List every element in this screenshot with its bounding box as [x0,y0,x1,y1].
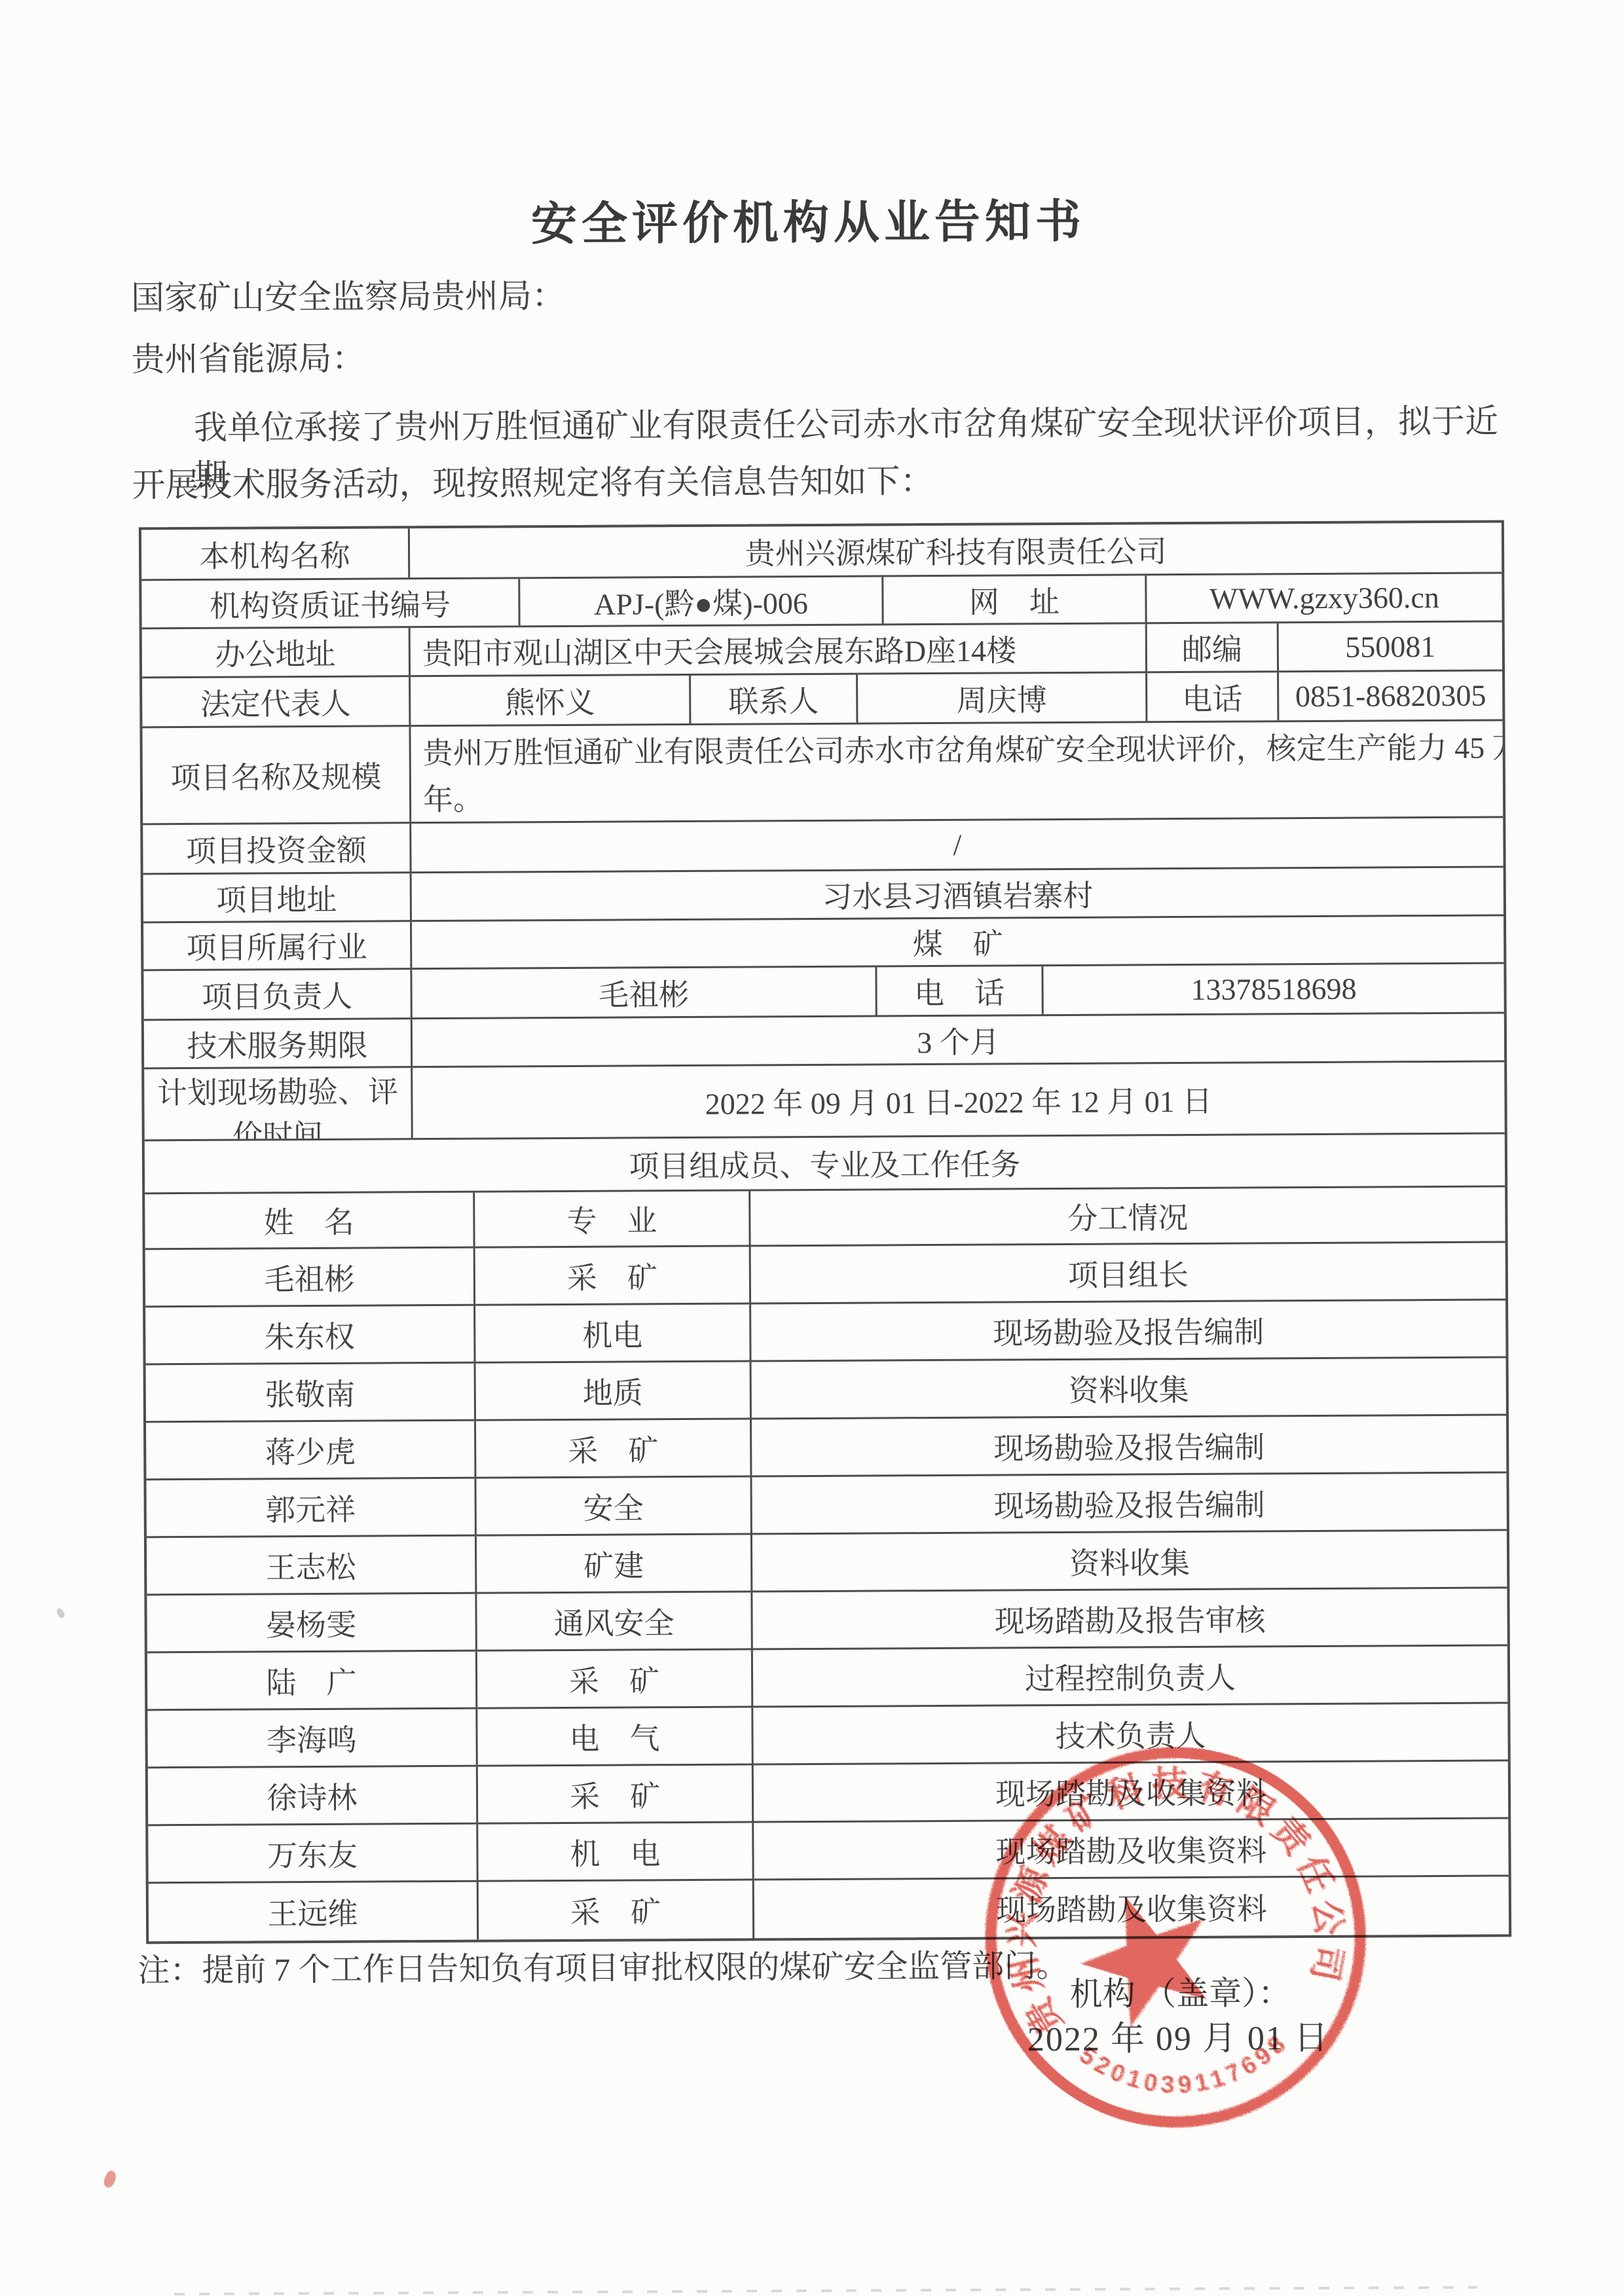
member-major: 机 电 [476,1823,752,1880]
phone-value: 0851-86820305 [1277,671,1502,720]
member-major: 采 矿 [476,1766,752,1823]
row-duration: 技术服务期限 3 个月 [144,1013,1504,1069]
member-name: 徐诗林 [148,1767,476,1825]
member-name: 晏杨雯 [147,1594,475,1652]
member-row: 毛祖彬 采 矿 项目组长 [145,1243,1505,1307]
member-duty: 资料收集 [750,1531,1507,1590]
row-members-banner: 项目组成员、专业及工作任务 [145,1134,1505,1194]
legal-rep-value: 熊怀义 [409,676,689,725]
row-industry: 项目所属行业 煤 矿 [143,916,1504,971]
address-label: 项目地址 [143,873,410,921]
company-seal: 贵州兴源煤矿科技有限责任公司 5201039117698 [938,1700,1412,2174]
schedule-label-line-2: 价时间 [232,1112,323,1139]
schedule-label: 计划现场勘验、评 价时间 [144,1068,411,1139]
schedule-value: 2022 年 09 月 01 日-2022 年 12 月 01 日 [411,1062,1505,1138]
member-major: 采 矿 [475,1650,751,1707]
postcode-value: 550081 [1277,622,1502,670]
cert-label: 机构资质证书编号 [141,579,518,627]
website-value: WWW.gzxy360.cn [1145,574,1502,622]
project-desc-line-2: 年。 [423,775,483,818]
member-major: 安全 [474,1478,750,1535]
row-org-name: 本机构名称 贵州兴源煤矿科技有限责任公司 [141,522,1502,581]
member-major: 采 矿 [473,1247,749,1304]
industry-label: 项目所属行业 [143,922,410,969]
postcode-label: 邮编 [1145,623,1277,671]
member-row: 郭元祥 安全 现场勘验及报告编制 [146,1473,1506,1538]
members-banner: 项目组成员、专业及工作任务 [145,1134,1505,1192]
member-major: 采 矿 [477,1880,752,1939]
org-name-label: 本机构名称 [141,528,408,579]
website-label: 网 址 [881,575,1145,623]
document-title: 安全评价机构从业告知书 [0,182,1621,257]
member-major: 通风安全 [475,1593,750,1650]
row-office: 办公地址 贵阳市观山湖区中天会展城会展东路D座14楼 邮编 550081 [142,622,1502,678]
member-name: 王志松 [147,1537,475,1594]
member-name: 万东友 [148,1825,476,1882]
project-label: 项目名称及规模 [142,727,409,823]
member-name: 蒋少虎 [146,1421,474,1479]
member-name: 朱东权 [145,1306,473,1364]
project-desc-value: 贵州万胜恒通矿业有限责任公司赤水市岔角煤矿安全现状评价，核定生产能力 45 万吨… [409,721,1503,822]
row-members-header: 姓 名 专 业 分工情况 [145,1187,1505,1250]
member-duty: 现场踏勘及报告审核 [750,1588,1507,1648]
scan-edge-artifact [174,2286,1477,2295]
member-major: 地质 [474,1362,750,1419]
member-name: 王远维 [149,1882,477,1942]
member-row: 蒋少虎 采 矿 现场勘验及报告编制 [146,1415,1506,1480]
contact-label: 联系人 [689,675,856,723]
member-duty: 资料收集 [750,1358,1506,1417]
members-header-name: 姓 名 [145,1193,473,1248]
member-name: 陆 广 [147,1652,475,1709]
member-duty: 过程控制负责人 [751,1646,1507,1705]
org-name-value: 贵州兴源煤矿科技有限责任公司 [408,522,1502,577]
industry-value: 煤 矿 [410,916,1504,968]
leader-label: 项目负责人 [143,970,410,1019]
row-address: 项目地址 习水县习酒镇岩寨村 [143,867,1504,923]
duration-label: 技术服务期限 [144,1019,411,1067]
project-desc-line-1: 贵州万胜恒通矿业有限责任公司赤水市岔角煤矿安全现状评价，核定生产能力 45 万吨… [422,723,1503,773]
seal-company-arc-text: 贵州兴源煤矿科技有限责任公司 [978,1740,1359,2045]
paragraph-line-2: 开展技术服务活动，现按照规定将有关信息告知如下： [132,454,933,506]
leader-phone-value: 13378518698 [1041,964,1504,1014]
office-address-value: 贵阳市观山湖区中天会展城会展东路D座14楼 [409,624,1145,675]
member-name: 郭元祥 [146,1479,474,1537]
row-schedule: 计划现场勘验、评 价时间 2022 年 09 月 01 日-2022 年 12 … [144,1062,1505,1141]
member-name: 张敬南 [146,1364,474,1421]
member-duty: 现场勘验及报告编制 [749,1300,1505,1360]
member-name: 李海鸣 [147,1709,475,1767]
office-label: 办公地址 [142,628,409,676]
member-major: 采 矿 [474,1420,750,1477]
leader-value: 毛祖彬 [410,967,875,1017]
schedule-label-line-1: 计划现场勘验、评 [157,1068,398,1112]
member-major: 电 气 [475,1708,751,1765]
contact-value: 周庆博 [856,673,1145,722]
row-leader: 项目负责人 毛祖彬 电 话 13378518698 [143,964,1504,1021]
row-legal-rep: 法定代表人 熊怀义 联系人 周庆博 电话 0851-86820305 [142,671,1502,728]
member-row: 晏杨雯 通风安全 现场踏勘及报告审核 [147,1588,1507,1653]
member-duty: 项目组长 [749,1243,1505,1302]
scan-smudge [55,1607,66,1620]
member-major: 矿建 [475,1535,750,1592]
row-investment: 项目投资金额 / [143,818,1503,875]
document-sheet: 安全评价机构从业告知书 国家矿山安全监察局贵州局： 贵州省能源局： 我单位承接了… [0,0,1624,2296]
phone-label: 电话 [1145,672,1277,721]
svg-text:贵州兴源煤矿科技有限责任公司: 贵州兴源煤矿科技有限责任公司 [978,1740,1359,2045]
red-ink-speck [102,2170,119,2189]
member-major: 机电 [473,1305,749,1362]
recipient-line-2: 贵州省能源局： [131,331,365,381]
member-duty: 现场勘验及报告编制 [750,1415,1506,1475]
cert-value: APJ-(黔●煤)-006 [518,577,881,625]
footer-note: 注：提前 7 个工作日告知负有项目审批权限的煤矿安全监管部门。 [138,1941,1068,1991]
members-header-duty: 分工情况 [748,1187,1505,1245]
investment-value: / [409,818,1503,871]
member-duty: 现场勘验及报告编制 [750,1473,1506,1533]
seal-star-icon [1072,1886,1217,2033]
address-value: 习水县习酒镇岩寨村 [410,867,1504,920]
investment-label: 项目投资金额 [143,824,409,873]
row-project-name: 项目名称及规模 贵州万胜恒通矿业有限责任公司赤水市岔角煤矿安全现状评价，核定生产… [142,721,1503,825]
row-cert: 机构资质证书编号 APJ-(黔●煤)-006 网 址 WWW.gzxy360.c… [141,574,1502,629]
member-row: 张敬南 地质 资料收集 [146,1358,1506,1423]
members-header-major: 专 业 [473,1192,748,1247]
duration-value: 3 个月 [411,1013,1504,1066]
member-row: 朱东权 机电 现场勘验及报告编制 [145,1300,1505,1365]
recipient-line-1: 国家矿山安全监察局贵州局： [131,268,565,319]
member-row: 王志松 矿建 资料收集 [147,1531,1507,1595]
leader-phone-label: 电 话 [875,966,1041,1015]
scanned-document-page: 安全评价机构从业告知书 国家矿山安全监察局贵州局： 贵州省能源局： 我单位承接了… [0,0,1624,2296]
member-name: 毛祖彬 [145,1248,473,1306]
legal-rep-label: 法定代表人 [142,677,409,726]
